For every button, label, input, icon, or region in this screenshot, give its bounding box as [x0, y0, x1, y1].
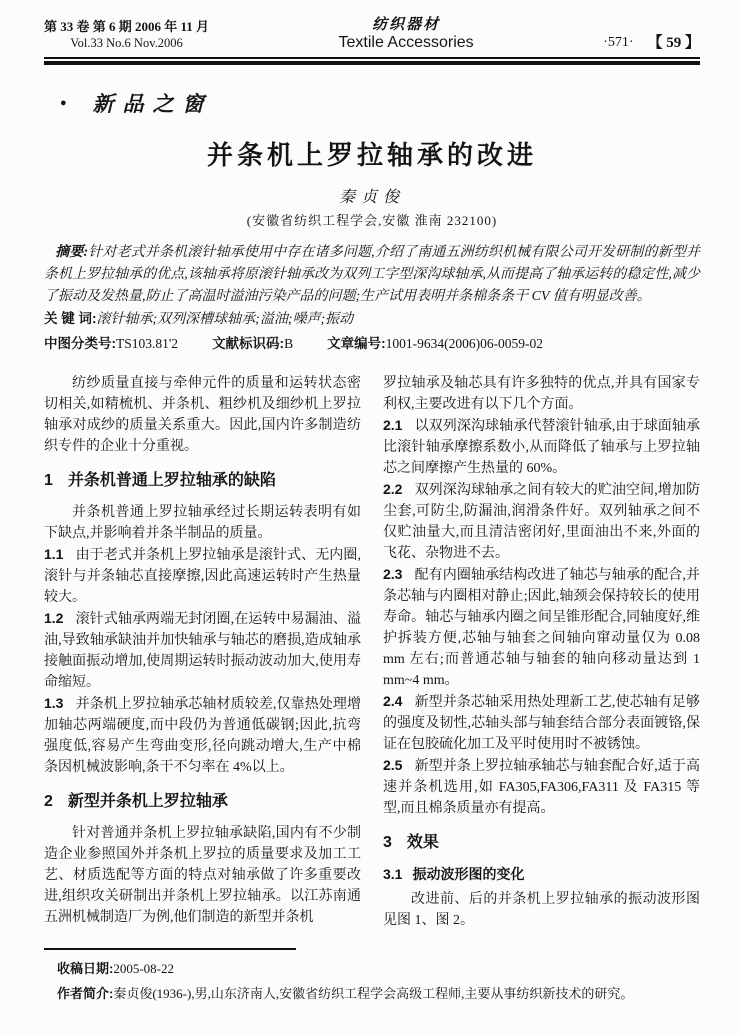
clc-label: 中图分类号:: [44, 336, 116, 351]
author-bio-label: 作者简介:: [57, 986, 113, 1001]
clc-pair: 中图分类号:TS103.81'2: [44, 333, 178, 356]
item-2-3-text: 配有内圈轴承结构改进了轴芯与轴承的配合,并条芯轴与内圈相对静止;因此,轴颈会保持…: [383, 568, 700, 688]
page-number: ·571·: [603, 34, 633, 52]
header-rule-thick: [44, 61, 700, 65]
journal-title-block: 纺织器材 Textile Accessories: [339, 16, 474, 52]
footnote-block: 收稿日期:2005-08-22 作者简介:秦贞俊(1936-),男,山东济南人,…: [44, 948, 700, 1006]
section-3-1-number: 3.1: [383, 866, 402, 882]
item-1-1-number: 1.1: [44, 546, 63, 562]
keywords-text: 滚针轴承;双列深槽球轴承;溢油;噪声;振动: [97, 312, 354, 327]
clc-value: TS103.81'2: [116, 336, 178, 351]
right-column: 罗拉轴承及轴芯具有许多独特的优点,并具有国家专利权,主要改进有以下几个方面。 2…: [383, 373, 700, 931]
item-2-5-number: 2.5: [383, 757, 402, 773]
item-2-1-text: 以双列深沟球轴承代替滚针轴承,由于球面轴承比滚针轴承摩擦系数小,从而降低了轴承与…: [383, 419, 700, 476]
item-1-1-text: 由于老式并条机上罗拉轴承是滚针式、无内圈,滚针与并条轴芯直接摩擦,因此高速运转时…: [44, 548, 361, 605]
section-3-paragraph: 改进前、后的并条机上罗拉轴承的振动波形图见图 1、图 2。: [383, 889, 700, 931]
keywords-label: 关 键 词:: [44, 311, 97, 326]
item-2-1-number: 2.1: [383, 417, 402, 433]
article-no-label: 文章编号:: [327, 336, 386, 351]
section-3-title: 效果: [407, 834, 439, 851]
body-columns: 纺纱质量直接与牵伸元件的质量和运转状态密切相关,如精梳机、并条机、粗纱机及细纱机…: [44, 373, 700, 931]
doc-code-value: B: [284, 336, 293, 351]
doc-code-label: 文献标识码:: [212, 336, 284, 351]
column-banner-label: 新品之窗: [93, 88, 213, 118]
doc-code-pair: 文献标识码:B: [212, 333, 293, 356]
article-meta: 摘要:针对老式并条机滚针轴承使用中存在诸多问题,介绍了南通五洲纺织机械有限公司开…: [44, 242, 700, 356]
section-2-number: 2: [44, 793, 53, 810]
left-column: 纺纱质量直接与牵伸元件的质量和运转状态密切相关,如精梳机、并条机、粗纱机及细纱机…: [44, 373, 361, 931]
item-1-3: 1.3并条机上罗拉轴承芯轴材质较差,仅靠热处理增加轴芯两端硬度,而中段仍为普通低…: [44, 693, 361, 778]
item-2-2-text: 双列深沟球轴承之间有较大的贮油空间,增加防尘套,可防尘,防漏油,润滑条件好。双列…: [383, 483, 700, 561]
item-2-4-number: 2.4: [383, 693, 402, 709]
section-2-title: 新型并条机上罗拉轴承: [68, 793, 228, 810]
section-1-heading: 1并条机普通上罗拉轴承的缺陷: [44, 470, 361, 492]
journal-title-en: Textile Accessories: [339, 34, 474, 52]
header-rule-thin: [44, 57, 700, 59]
volume-block: 第 33 卷 第 6 期 2006 年 11 月 Vol.33 No.6 Nov…: [44, 18, 209, 52]
intro-paragraph: 纺纱质量直接与牵伸元件的质量和运转状态密切相关,如精梳机、并条机、粗纱机及细纱机…: [44, 373, 361, 457]
item-1-2-text: 滚针式轴承两端无封闭圈,在运转中易漏油、溢油,导致轴承缺油并加快轴承与轴芯的磨损…: [44, 612, 361, 690]
page-number-block: ·571· 【 59 】: [603, 34, 700, 52]
article-title: 并条机上罗拉轴承的改进: [44, 139, 700, 171]
section-1-lead: 并条机普通上罗拉轴承经过长期运转表明有如下缺点,并影响着并条半制品的质量。: [44, 502, 361, 544]
author-bio-line: 作者简介:秦贞俊(1936-),男,山东济南人,安徽省纺织工程学会高级工程师,主…: [44, 981, 700, 1006]
item-1-2: 1.2滚针式轴承两端无封闭圈,在运转中易漏油、溢油,导致轴承缺油并加快轴承与轴芯…: [44, 608, 361, 693]
section-3-number: 3: [383, 834, 392, 851]
journal-header: 第 33 卷 第 6 期 2006 年 11 月 Vol.33 No.6 Nov…: [44, 16, 700, 52]
item-1-1: 1.1由于老式并条机上罗拉轴承是滚针式、无内圈,滚针与并条轴芯直接摩擦,因此高速…: [44, 544, 361, 608]
section-1-number: 1: [44, 472, 53, 489]
item-2-5: 2.5新型并条上罗拉轴承轴芯与轴套配合好,适于高速并条机选用,如 FA305,F…: [383, 755, 700, 819]
section-3-1-heading: 3.1振动波形图的变化: [383, 864, 700, 885]
item-2-3-number: 2.3: [383, 566, 402, 582]
item-1-3-text: 并条机上罗拉轴承芯轴材质较差,仅靠热处理增加轴芯两端硬度,而中段仍为普通低碳钢;…: [44, 697, 361, 775]
footnote-rule: [44, 948, 296, 950]
section-2-lead-continued: 罗拉轴承及轴芯具有许多独特的优点,并具有国家专利权,主要改进有以下几个方面。: [383, 373, 700, 415]
keywords-line: 关 键 词:滚针轴承;双列深槽球轴承;溢油;噪声;振动: [44, 308, 700, 331]
abstract-text: 针对老式并条机滚针轴承使用中存在诸多问题,介绍了南通五洲纺织机械有限公司开发研制…: [44, 245, 700, 304]
item-1-2-number: 1.2: [44, 610, 63, 626]
section-3-heading: 3效果: [383, 832, 700, 854]
volume-line-en: Vol.33 No.6 Nov.2006: [44, 35, 209, 52]
section-2-heading: 2新型并条机上罗拉轴承: [44, 791, 361, 813]
item-2-3: 2.3配有内圈轴承结构改进了轴芯与轴承的配合,并条芯轴与内圈相对静止;因此,轴颈…: [383, 564, 700, 691]
article-no-value: 1001-9634(2006)06-0059-02: [386, 336, 543, 351]
received-date-label: 收稿日期:: [57, 961, 113, 976]
author-name: 秦贞俊: [44, 184, 700, 207]
item-2-5-text: 新型并条上罗拉轴承轴芯与轴套配合好,适于高速并条机选用,如 FA305,FA30…: [383, 759, 700, 816]
volume-line-cn: 第 33 卷 第 6 期 2006 年 11 月: [44, 18, 209, 35]
received-date-value: 2005-08-22: [113, 961, 174, 976]
item-2-2-number: 2.2: [383, 481, 402, 497]
item-2-4: 2.4新型并条芯轴采用热处理新工艺,使芯轴有足够的强度及韧性,芯轴头部与轴套结合…: [383, 691, 700, 755]
abstract-paragraph: 摘要:针对老式并条机滚针轴承使用中存在诸多问题,介绍了南通五洲纺织机械有限公司开…: [44, 242, 700, 308]
item-1-3-number: 1.3: [44, 695, 63, 711]
section-3-1-title: 振动波形图的变化: [412, 866, 524, 882]
section-1-title: 并条机普通上罗拉轴承的缺陷: [68, 472, 276, 489]
journal-page: 第 33 卷 第 6 期 2006 年 11 月 Vol.33 No.6 Nov…: [0, 0, 741, 1034]
item-2-1: 2.1以双列深沟球轴承代替滚针轴承,由于球面轴承比滚针轴承摩擦系数小,从而降低了…: [383, 415, 700, 479]
item-2-2: 2.2双列深沟球轴承之间有较大的贮油空间,增加防尘套,可防尘,防漏油,润滑条件好…: [383, 479, 700, 564]
bullet-icon: ●: [60, 98, 67, 109]
abstract-label: 摘要:: [55, 245, 88, 260]
section-2-lead: 针对普通并条机上罗拉轴承缺陷,国内有不少制造企业参照国外并条机上罗拉的质量要求及…: [44, 823, 361, 928]
classification-line: 中图分类号:TS103.81'2 文献标识码:B 文章编号:1001-9634(…: [44, 333, 700, 356]
author-bio-text: 秦贞俊(1936-),男,山东济南人,安徽省纺织工程学会高级工程师,主要从事纺织…: [113, 986, 633, 1001]
received-date-line: 收稿日期:2005-08-22: [44, 956, 700, 981]
article-no-pair: 文章编号:1001-9634(2006)06-0059-02: [327, 333, 543, 356]
issue-page-number: 【 59 】: [647, 34, 700, 52]
item-2-4-text: 新型并条芯轴采用热处理新工艺,使芯轴有足够的强度及韧性,芯轴头部与轴套结合部分表…: [383, 695, 700, 752]
journal-title-cn: 纺织器材: [339, 16, 474, 34]
author-affiliation: (安徽省纺织工程学会,安徽 淮南 232100): [44, 210, 700, 229]
column-banner: ● 新品之窗: [44, 88, 700, 118]
